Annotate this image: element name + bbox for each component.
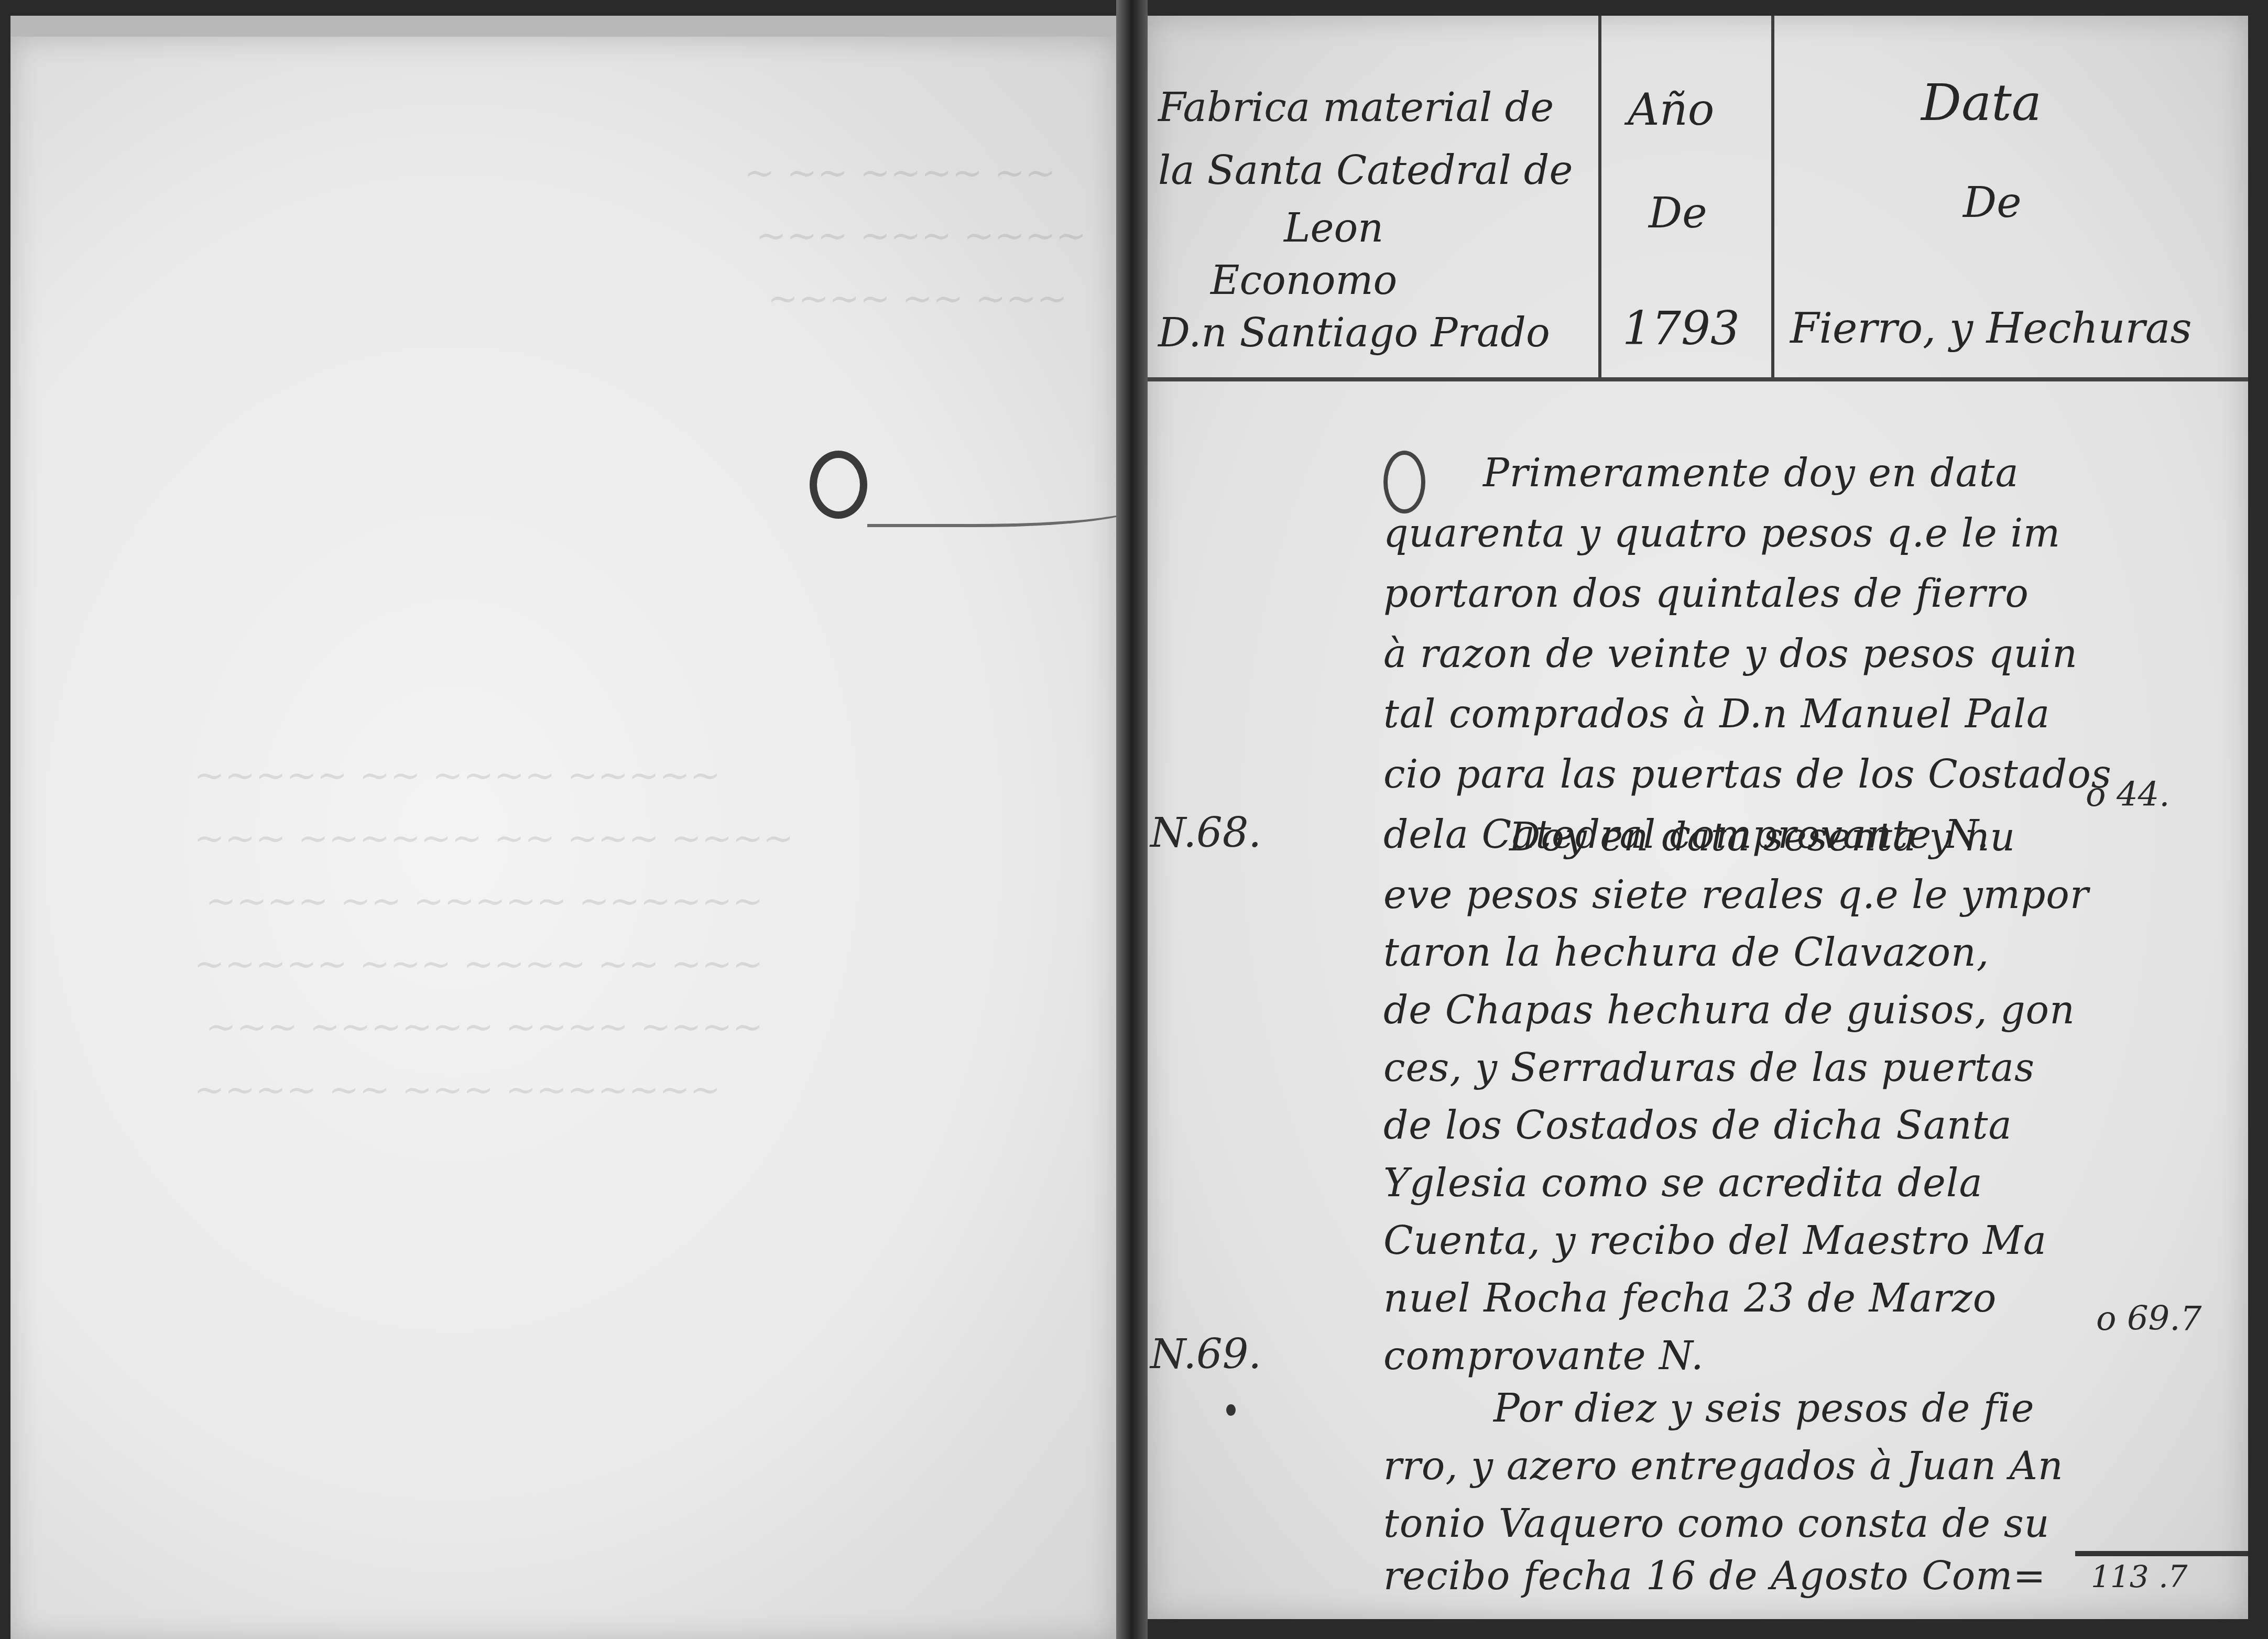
header-line: De	[1649, 189, 1707, 237]
entry-amount: o 44.	[2086, 775, 2170, 814]
header-data-column: Data De Fierro, y Hechuras	[1771, 16, 2251, 377]
header-line: D.n Santiago Prado	[1158, 309, 1550, 356]
header-line: De	[1963, 178, 2021, 227]
decorative-initial-o	[1383, 451, 1425, 513]
total-rule	[2075, 1551, 2248, 1556]
entry-line: Yglesia como se acredita dela	[1383, 1161, 1983, 1206]
entry-line: de los Costados de dicha Santa	[1383, 1103, 2012, 1148]
header-line: Fabrica material de	[1158, 84, 1554, 130]
entry-line: cio para las puertas de los Costados	[1383, 752, 2112, 797]
left-page: ~ ~~ ~~~~ ~~ ~~~ ~~~ ~~~~ ~~~~ ~~ ~~~ ~~…	[10, 16, 1116, 1639]
entry-line: de Chapas hechura de guisos, gon	[1383, 988, 2075, 1033]
entry-line: Doy en data sesenta y nu	[1509, 815, 2015, 860]
entry-line: rro, y azero entregados à Juan An	[1383, 1444, 2064, 1489]
wax-seal-icon	[810, 451, 867, 519]
voucher-ref: N.69.	[1150, 1331, 1261, 1378]
entry-line: Cuenta, y recibo del Maestro Ma	[1383, 1218, 2047, 1263]
bleed-through-text: ~~~~~ ~~ ~~~~ ~~~~~ ~~~ ~~~~~~ ~~ ~~~ ~~…	[194, 744, 794, 1121]
voucher-ref: N.68.	[1150, 810, 1261, 857]
header-entity-column: Fabrica material de la Santa Catedral de…	[1148, 16, 1598, 377]
bleed-through-text: ~ ~~ ~~~~ ~~ ~~~ ~~~ ~~~~ ~~~~ ~~ ~~~	[744, 141, 1086, 330]
entry-amount: o 69.7	[2096, 1299, 2201, 1338]
book-gutter	[1116, 0, 1148, 1639]
entry-line: comprovante N.	[1383, 1334, 1704, 1379]
entry-line: Primeramente doy en data	[1483, 451, 2019, 496]
page-total: 113 .7	[2091, 1559, 2187, 1594]
entry-line: à razon de veinte y dos pesos quin	[1383, 631, 2078, 676]
header-line: la Santa Catedral de	[1158, 147, 1573, 193]
entry-line: tal comprados à D.n Manuel Pala	[1383, 692, 2050, 737]
entry-line: eve pesos siete reales q.e le ympor	[1383, 872, 2089, 917]
header-year-column: Año De 1793	[1598, 16, 1774, 377]
header-line: Economo	[1211, 257, 1397, 303]
entry-line: Por diez y seis pesos de fie	[1493, 1386, 2035, 1431]
entry-line: taron la hechura de Clavazon,	[1383, 930, 1989, 975]
header-line: Fierro, y Hechuras	[1790, 304, 2192, 353]
header-year: 1793	[1622, 301, 1740, 355]
entry-line: ces, y Serraduras de las puertas	[1383, 1045, 2035, 1090]
entry-line: nuel Rocha fecha 23 de Marzo	[1383, 1276, 1997, 1321]
ledger-header: Fabrica material de la Santa Catedral de…	[1148, 16, 2248, 381]
header-line: Data	[1921, 73, 2042, 132]
entry-line: portaron dos quintales de fierro	[1383, 571, 2029, 616]
header-line: Año	[1628, 84, 1714, 135]
header-line: Leon	[1284, 204, 1383, 251]
entry-line: tonio Vaquero como consta de su	[1383, 1501, 2049, 1546]
entry-line: quarenta y quatro pesos q.e le im	[1383, 511, 2060, 556]
ink-mark	[1226, 1404, 1236, 1416]
entry-line: recibo fecha 16 de Agosto Com=	[1383, 1554, 2046, 1599]
